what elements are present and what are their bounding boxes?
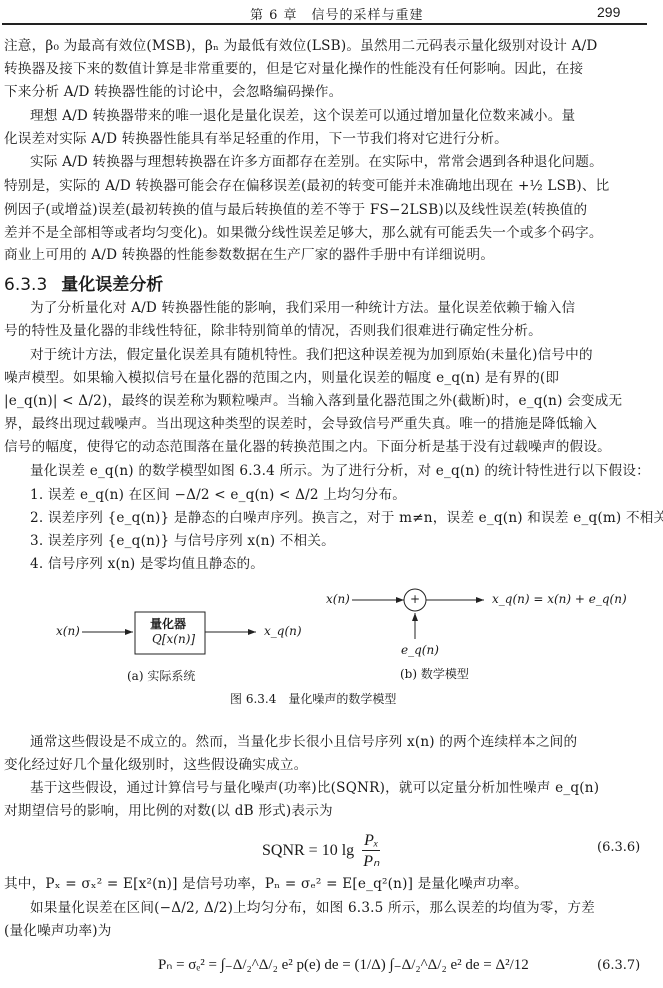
noise-label: e_q(n) [401,643,439,657]
equation-6-3-6: SQNR = 10 lg Pₓ Pₙ [262,832,380,871]
text-line: 变化经过好几个量化级别时，这些假设确实成立。 [4,756,654,774]
text-line: 实际 A/D 转换器与理想转换器在许多方面都存在差别。在实际中，常常会遇到各种退… [30,153,663,171]
assumption-2: 2. 误差序列 {e_q(n)} 是静态的白噪声序列。换言之，对于 m≠n，误差… [30,509,663,527]
text-line: 通常这些假设是不成立的。然而，当量化步长很小且信号序列 x(n) 的两个连续样本… [30,733,663,751]
section-heading: 6.3.3量化误差分析 [4,270,163,295]
text-line: 对于统计方法，假定量化误差具有随机特性。我们把这种误差视为加到原始(未量化)信号… [30,346,663,364]
text-line: 号的特性及量化器的非线性特征，除非特别简单的情况，否则我们很难进行确定性分析。 [4,322,654,340]
figure-6-3-4: x(n) 量化器 Q[x(n)] x_q(n) (a) 实际系统 x(n) + … [0,585,663,705]
text-line: 其中，Pₓ = σₓ² = E[x²(n)] 是信号功率，Pₙ = σₑ² = … [4,875,654,893]
input-label-b: x(n) [326,592,350,606]
page-header: 第 6 章 信号的采样与重建 299 [0,0,663,26]
assumption-1: 1. 误差 e_q(n) 在区间 −Δ/2 < e_q(n) < Δ/2 上均匀… [30,486,663,504]
text-line: 下来分析 A/D 转换器性能的讨论中，会忽略编码操作。 [4,83,654,101]
text-line: 理想 A/D 转换器带来的唯一退化是量化误差，这个误差可以通过增加量化位数来减小… [30,107,663,125]
caption-b: (b) 数学模型 [400,665,469,682]
text-line: 界，最终出现过载噪声。当出现这种类型的误差时，会导致信号严重失真。唯一的措施是降… [4,415,654,433]
eq-lhs: SQNR = 10 lg [262,842,354,859]
chapter-title: 第 6 章 信号的采样与重建 [250,4,424,23]
header-rule [2,23,647,25]
eq-numerator: Pₓ [362,832,380,851]
text-line: 为了分析量化对 A/D 转换器性能的影响，我们采用一种统计方法。量化误差依赖于输… [30,299,663,317]
caption-a: (a) 实际系统 [127,667,195,684]
quantizer-expr: Q[x(n)] [152,632,195,646]
text-line: 注意，β₀ 为最高有效位(MSB)，βₙ 为最低有效位(LSB)。虽然用二元码表… [4,37,654,55]
output-label-a: x_q(n) [264,624,302,638]
equation-number: (6.3.6) [597,840,640,855]
quantizer-label: 量化器 [150,615,186,632]
output-label-b: x_q(n) = x(n) + e_q(n) [492,592,627,606]
text-line: 商业上可用的 A/D 转换器的性能参数数据在生产厂家的器件手册中有详细说明。 [4,246,654,264]
text-line: 转换器及接下来的数值计算是非常重要的，但是它对量化操作的性能没有任何影响。因此，… [4,60,654,78]
equation-number: (6.3.7) [597,958,640,973]
text-line: 差并不是全部相等或者均匀变化)。如果微分线性误差足够大，那么就有可能丢失一个或多… [4,224,654,242]
text-line: 化误差对实际 A/D 转换器性能具有举足轻重的作用，下一节我们将对它进行分析。 [4,130,654,148]
text-line: 特别是，实际的 A/D 转换器可能会存在偏移误差(最初的转变可能并未准确地出现在… [4,177,654,195]
text-line: 例因子(或增益)误差(最初转换的值与最后转换值的差不等于 FS−2LSB)以及线… [4,201,654,219]
text-line: 量化误差 e_q(n) 的数学模型如图 6.3.4 所示。为了进行分析，对 e_… [30,462,663,480]
assumption-3: 3. 误差序列 {e_q(n)} 与信号序列 x(n) 不相关。 [30,532,663,550]
text-line: 噪声模型。如果输入模拟信号在量化器的范围之内，则量化误差的幅度 e_q(n) 是… [4,369,654,387]
text-line: 对期望信号的影响，用比例的对数(以 dB 形式)表示为 [4,802,654,820]
eq-denominator: Pₙ [362,851,380,871]
text-line: (量化噪声功率)为 [4,922,654,940]
section-number: 6.3.3 [4,275,47,295]
text-line: 如果量化误差在区间(−Δ/2, Δ/2)上均匀分布，如图 6.3.5 所示，那么… [30,899,663,917]
assumption-4: 4. 信号序列 x(n) 是零均值且静态的。 [30,555,663,573]
page-number: 299 [597,4,620,20]
text-line: 信号的幅度，使得它的动态范围落在量化器的转换范围之内。下面分析是基于没有过载噪声… [4,438,654,456]
equation-6-3-7: Pₙ = σₑ² = ∫₋Δ/₂^Δ/₂ e² p(e) de = (1/Δ) … [158,955,529,974]
adder-symbol: + [410,592,420,606]
text-line: 基于这些假设，通过计算信号与量化噪声(功率)比(SQNR)，就可以定量分析加性噪… [30,779,663,797]
figure-caption: 图 6.3.4 量化噪声的数学模型 [230,690,396,707]
section-title: 量化误差分析 [61,275,163,295]
input-label-a: x(n) [56,624,80,638]
text-line: |e_q(n)| < Δ/2)，最终的误差称为颗粒噪声。当输入落到量化器范围之外… [4,392,654,410]
